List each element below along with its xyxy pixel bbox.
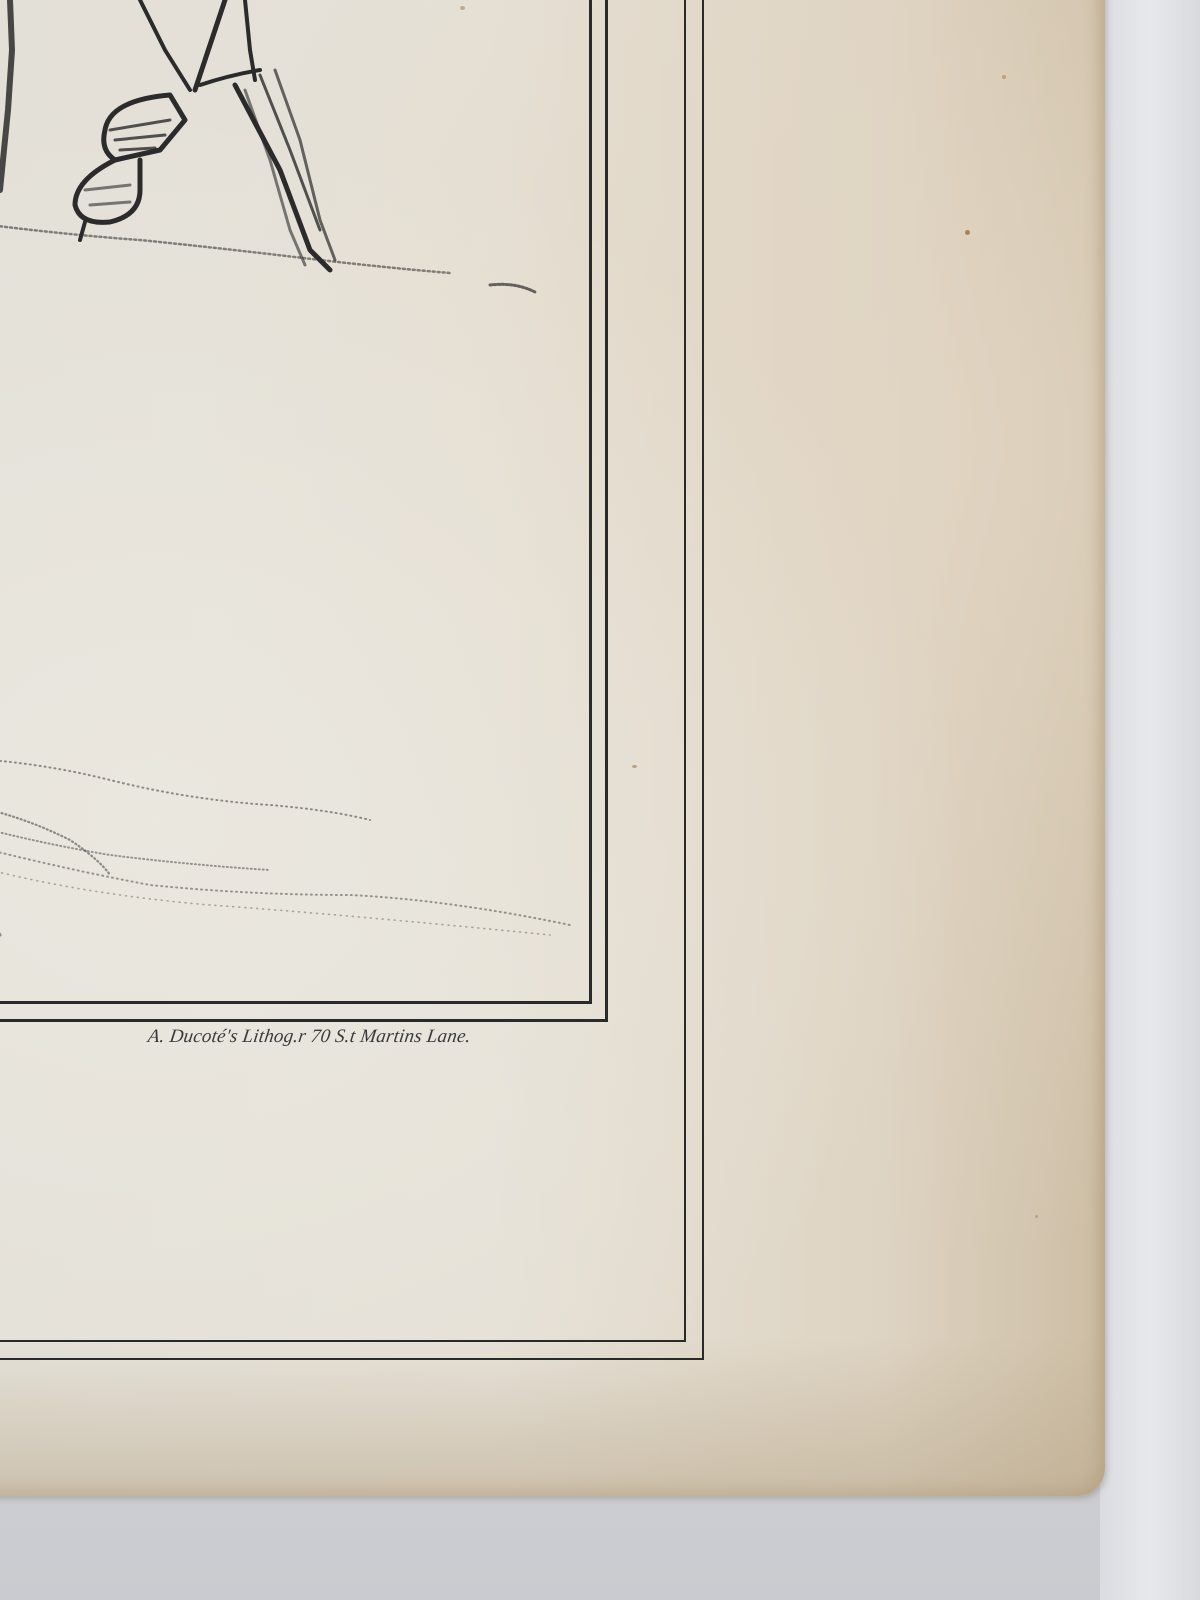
inner-border-horizontal-2 [0, 1019, 608, 1022]
background-surface [1100, 0, 1200, 1600]
foxing-spot [632, 765, 637, 768]
inner-border-horizontal-1 [0, 1001, 592, 1004]
foxing-spot [1002, 75, 1006, 79]
lithograph-illustration [0, 0, 610, 1000]
outer-border-horizontal-1 [0, 1340, 686, 1342]
outer-border-horizontal-2 [0, 1358, 704, 1360]
lithographer-imprint: A. Ducoté's Lithog.r 70 S.t Martins Lane… [146, 1026, 472, 1048]
inner-border-vertical-2 [605, 0, 608, 1022]
foxing-spot [965, 230, 970, 235]
inner-border-vertical-1 [589, 0, 592, 1004]
foxing-spot [1035, 1215, 1038, 1218]
outer-border-vertical-1 [684, 0, 686, 1342]
outer-border-vertical-2 [702, 0, 704, 1360]
print-paper: A. Ducoté's Lithog.r 70 S.t Martins Lane… [0, 0, 1105, 1496]
paper-aging-tone [0, 1336, 1105, 1496]
